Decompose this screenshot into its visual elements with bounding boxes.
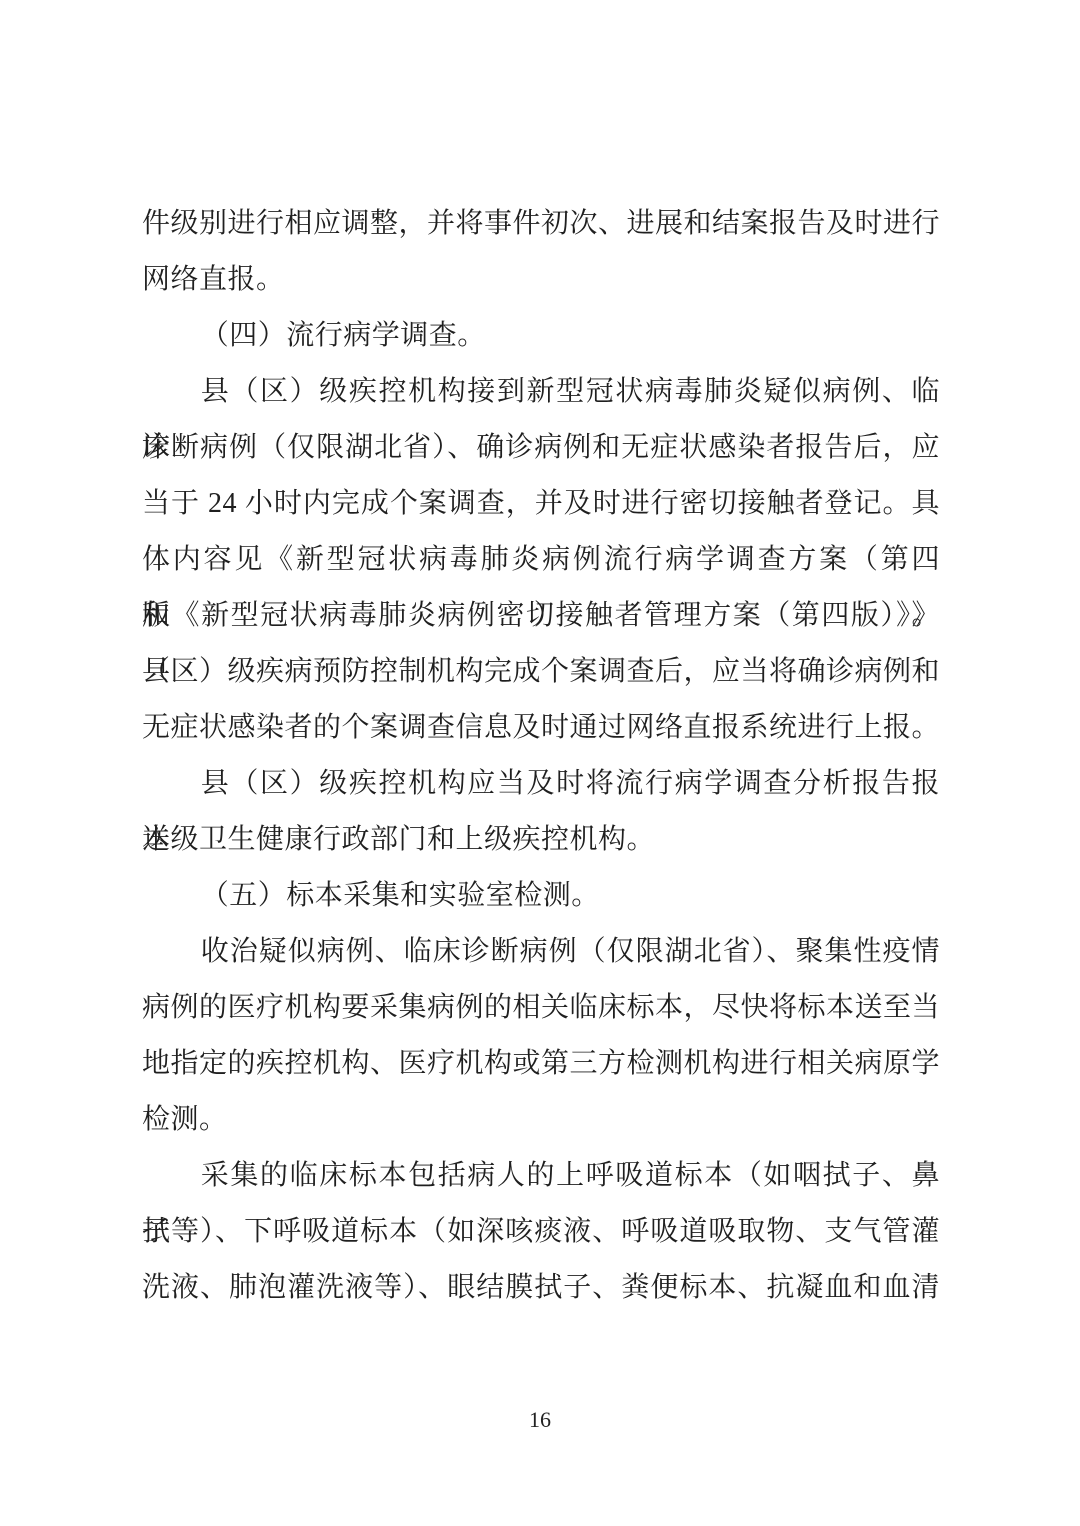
text-block: 件级别进行相应调整，并将事件初次、进展和结案报告及时进行网络直报。（四）流行病学… <box>142 196 940 1316</box>
text-line: 检测。 <box>142 1092 940 1148</box>
text-line: 病例的医疗机构要采集病例的相关临床标本，尽快将标本送至当 <box>142 980 940 1036</box>
text-line: 和《新型冠状病毒肺炎病例密切接触者管理方案（第四版）》。县 <box>142 588 940 644</box>
text-line: 无症状感染者的个案调查信息及时通过网络直报系统进行上报。 <box>142 700 940 756</box>
text-line: 县（区）级疾控机构应当及时将流行病学调查分析报告报送 <box>142 756 940 812</box>
text-line: 采集的临床标本包括病人的上呼吸道标本（如咽拭子、鼻拭 <box>142 1148 940 1204</box>
text-line: 收治疑似病例、临床诊断病例（仅限湖北省）、聚集性疫情 <box>142 924 940 980</box>
text-line: （四）流行病学调查。 <box>142 308 940 364</box>
text-line: 子等）、下呼吸道标本（如深咳痰液、呼吸道吸取物、支气管灌 <box>142 1204 940 1260</box>
text-line: 网络直报。 <box>142 252 940 308</box>
text-line: 件级别进行相应调整，并将事件初次、进展和结案报告及时进行 <box>142 196 940 252</box>
text-line: 诊断病例（仅限湖北省）、确诊病例和无症状感染者报告后，应 <box>142 420 940 476</box>
text-line: 洗液、肺泡灌洗液等）、眼结膜拭子、粪便标本、抗凝血和血清 <box>142 1260 940 1316</box>
text-line: 本级卫生健康行政部门和上级疾控机构。 <box>142 812 940 868</box>
text-line: 地指定的疾控机构、医疗机构或第三方检测机构进行相关病原学 <box>142 1036 940 1092</box>
text-line: （区）级疾病预防控制机构完成个案调查后，应当将确诊病例和 <box>142 644 940 700</box>
text-line: 体内容见《新型冠状病毒肺炎病例流行病学调查方案（第四版）》 <box>142 532 940 588</box>
page-number: 16 <box>0 1405 1080 1435</box>
text-line: （五）标本采集和实验室检测。 <box>142 868 940 924</box>
text-line: 当于 24 小时内完成个案调查，并及时进行密切接触者登记。具 <box>142 476 940 532</box>
document-page: 件级别进行相应调整，并将事件初次、进展和结案报告及时进行网络直报。（四）流行病学… <box>0 0 1080 1526</box>
text-line: 县（区）级疾控机构接到新型冠状病毒肺炎疑似病例、临床 <box>142 364 940 420</box>
